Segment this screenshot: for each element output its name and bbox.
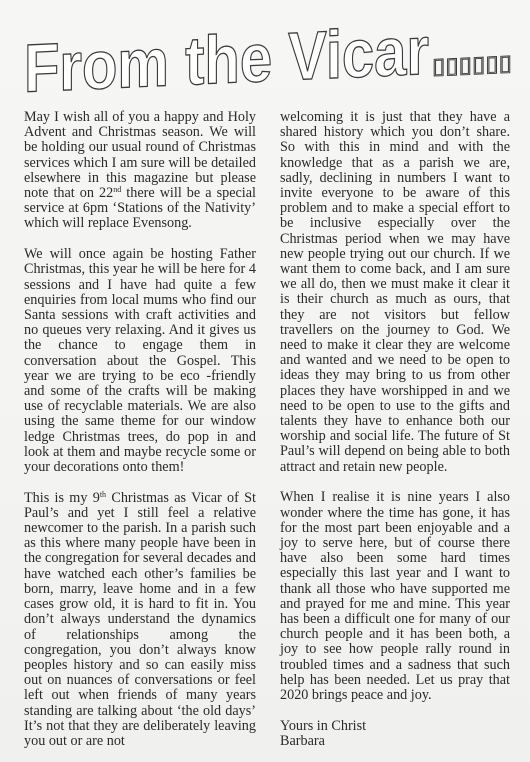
page-title: From the Vicar ▯▯▯▯▯▯ — [22, 18, 522, 98]
paragraph-text: Christmas as Vicar of St Paul’s and yet … — [24, 490, 256, 749]
magazine-page: From the Vicar ▯▯▯▯▯▯ May I wish all of … — [0, 0, 530, 762]
paragraph-text: This is my 9 — [24, 490, 100, 506]
closing-line: Yours in Christ — [280, 719, 510, 734]
right-column: welcoming it is just that they have a sh… — [280, 110, 510, 749]
title-dots: ▯▯▯▯▯▯ — [432, 50, 512, 79]
paragraph-welcoming: welcoming it is just that they have a sh… — [280, 110, 510, 475]
paragraph-nine-years: When I realise it is nine years I also w… — [280, 490, 510, 703]
title-text: From the Vicar — [24, 18, 429, 98]
title-wordart: From the Vicar ▯▯▯▯▯▯ — [22, 18, 522, 98]
paragraph-advent: May I wish all of you a happy and Holy A… — [24, 110, 256, 232]
signature: Barbara — [280, 734, 510, 749]
paragraph-ninth-christmas: This is my 9th Christmas as Vicar of St … — [24, 491, 256, 749]
paragraph-father-christmas: We will once again be hosting Father Chr… — [24, 247, 256, 475]
left-column: May I wish all of you a happy and Holy A… — [24, 110, 256, 749]
